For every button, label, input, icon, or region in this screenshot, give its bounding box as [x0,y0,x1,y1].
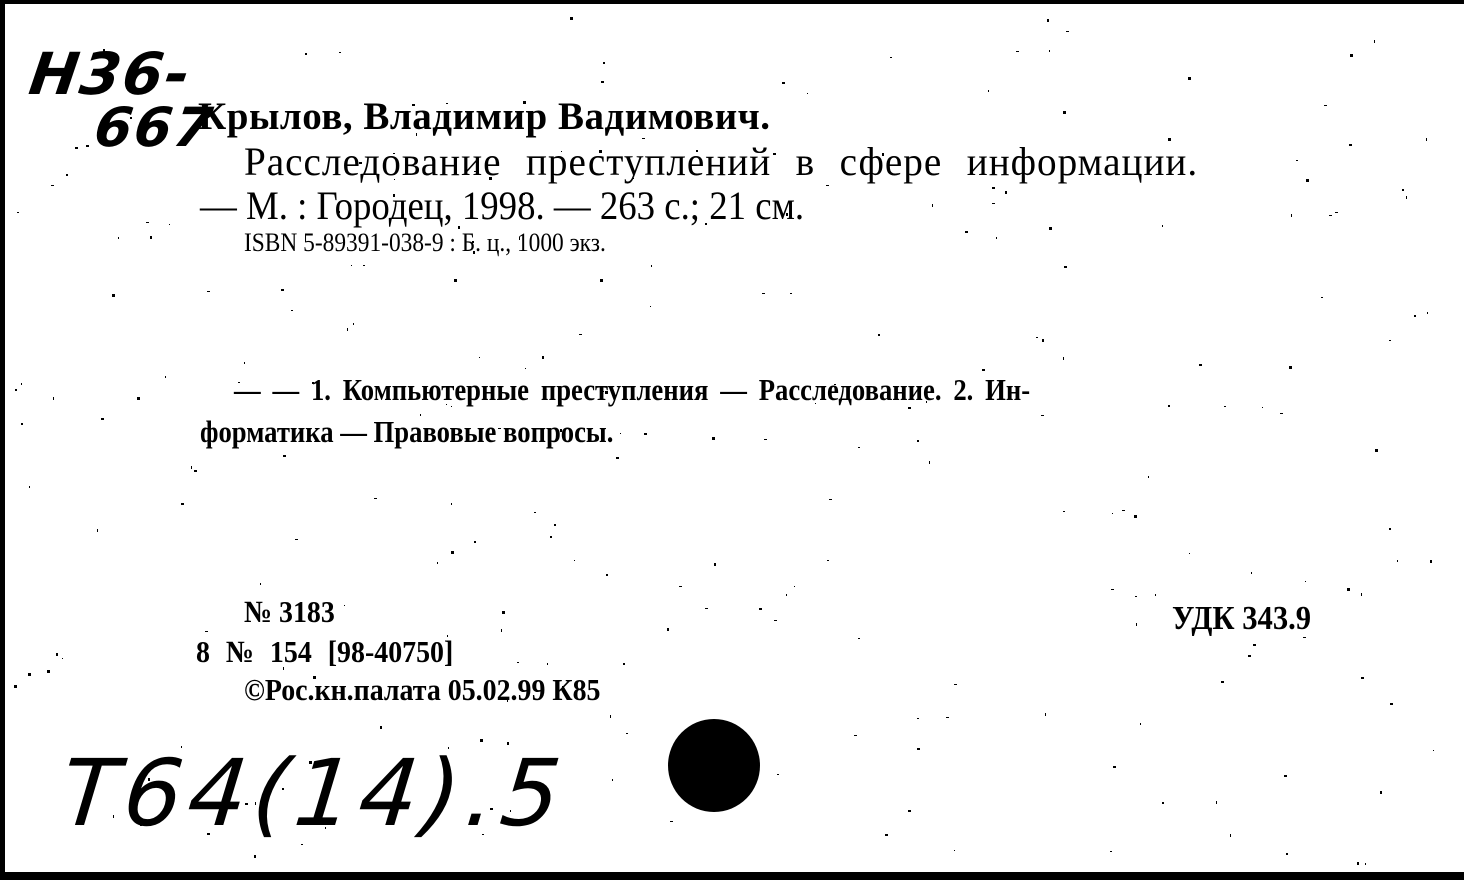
speck [1136,623,1137,626]
speck [14,685,17,688]
speck [610,715,611,718]
speck [305,53,307,55]
speck [1110,851,1112,852]
speck [560,429,562,432]
speck [782,82,785,84]
registry-number-secondary: 8 № 154 [98-40750] [196,634,453,670]
speck [522,193,525,195]
speck [474,171,476,172]
udk-code: УДК 343.9 [1172,600,1311,638]
speck [992,203,995,204]
speck [858,638,860,639]
speck [601,391,604,392]
speck [112,294,115,297]
registry-number: № 3183 [244,594,335,630]
speck [473,251,475,254]
speck [917,718,919,719]
speck [363,265,365,266]
speck [1389,340,1391,341]
speck [291,310,293,311]
subject-headings-line1: — — 1. Компьютерные преступления — Рассл… [234,372,1030,408]
speck [1251,572,1252,574]
speck [446,103,448,104]
speck [1357,862,1359,865]
speck [705,608,708,609]
copyright-line: ©Рос.кн.палата 05.02.99 К85 [244,672,601,708]
speck [696,150,698,152]
speck [917,440,919,442]
speck [670,821,673,822]
speck [103,49,105,52]
speck [510,810,511,812]
speck [965,231,968,233]
speck [374,498,377,499]
speck [946,717,949,718]
speck [561,151,562,152]
speck [66,174,68,176]
speck [929,461,930,464]
author-heading: Крылов, Владимир Вадимович. [198,94,771,139]
speck [394,179,395,180]
speck [1122,510,1125,511]
speck [926,401,927,403]
speck [1049,50,1050,52]
speck [97,529,98,532]
speck [1155,594,1156,596]
speck [489,177,492,180]
speck [295,539,298,540]
speck [281,289,284,291]
speck [1350,54,1353,57]
speck [353,323,354,325]
speck [1216,801,1217,804]
imprint-line: — М. : Городец, 1998. — 263 с.; 21 см. [200,182,804,229]
speck [29,486,30,488]
speck [705,223,707,225]
speck [651,265,652,267]
speck [207,833,210,835]
book-title: Расследование преступлений в сфере инфор… [244,138,1198,185]
catalog-card: Н36- 667 Крылов, Владимир Вадимович. Рас… [0,0,1464,880]
speck [1063,357,1064,360]
speck [1349,144,1352,146]
speck [1066,31,1069,32]
speck [753,126,754,128]
speck [794,586,795,587]
speck [393,153,395,154]
speck [283,455,286,457]
speck [858,447,860,448]
speck [451,551,454,554]
speck [908,407,911,409]
speck [562,686,564,687]
speck [62,658,63,659]
speck [1402,189,1404,191]
speck [1347,588,1350,591]
card-border-bottom [0,872,1464,880]
speck [908,810,911,812]
speck [620,433,621,434]
speck [130,117,132,119]
isbn-line: ISBN 5-89391-038-9 : Б. ц., 1000 экз. [244,228,606,258]
speck [448,747,449,749]
speck [416,133,417,136]
speck [474,541,476,543]
speck [1427,312,1428,314]
speck [490,808,493,810]
speck [472,241,474,243]
speck [446,404,447,405]
speck [1188,77,1191,80]
speck [282,788,284,790]
speck [181,746,182,748]
speck [759,608,762,610]
speck [238,382,240,383]
speck [786,594,787,596]
speck [1162,225,1163,227]
speck [479,357,480,358]
speck [101,418,104,420]
speck [205,631,208,632]
speck [882,153,884,156]
speck [1335,212,1338,213]
speck [570,17,573,20]
speck [996,237,997,239]
speck [1064,266,1067,268]
speck [534,512,536,513]
speck [21,383,22,385]
speck [517,662,519,663]
speck [656,121,659,124]
speck [603,62,605,64]
speck [1221,681,1224,683]
speck [1305,581,1306,582]
speck [599,150,602,153]
speck [1389,528,1391,530]
speck [1230,834,1231,837]
speck [764,439,767,440]
speck [137,397,140,400]
speck [632,178,634,179]
speck [339,211,340,213]
speck [347,328,348,331]
speck [954,684,957,685]
speck [498,428,501,429]
speck [601,81,604,83]
speck [988,90,989,92]
speck [612,779,613,781]
speck [207,291,210,292]
speck [762,293,765,294]
speck [15,389,17,391]
speck [542,356,544,359]
speck [1406,196,1407,199]
speck [169,224,170,225]
speck [412,104,415,106]
speck [1426,138,1427,141]
speck [885,834,888,836]
speck [309,761,312,764]
speck [1284,775,1287,777]
punch-hole-dot [668,719,760,812]
speck [714,563,716,566]
speck [21,423,23,425]
speck [339,52,341,53]
speck [1036,337,1038,338]
speck [1289,366,1292,369]
speck [56,653,58,656]
speck [1365,863,1366,865]
subject-headings-line2: форматика — Правовые вопросы. [200,414,613,450]
speck [826,185,829,186]
speck [890,57,892,58]
speck [1112,513,1113,514]
speck [312,382,314,384]
speck [47,670,50,673]
speck [574,560,575,561]
speck [359,162,362,164]
speck [878,334,880,336]
speck [815,403,816,404]
speck [626,733,628,734]
speck [113,815,114,818]
speck [1296,160,1298,161]
speck [1168,405,1170,407]
speck [523,101,526,104]
speck [507,742,509,745]
speck [1321,297,1323,298]
speck [1047,19,1049,22]
speck [992,187,995,189]
speck [932,204,933,207]
speck [283,667,284,670]
speck [313,676,316,679]
speck [140,790,141,792]
speck [550,536,552,538]
speck [650,306,651,307]
speck [409,655,411,656]
speck [525,368,526,369]
speck [451,406,452,407]
speck [451,503,452,505]
speck [790,293,792,294]
speck [1148,476,1149,478]
speck [507,700,508,702]
speck [458,226,460,229]
speck [502,611,505,614]
speck [148,778,150,781]
speck [28,673,31,676]
speck [679,586,682,587]
speck [547,663,548,665]
speck [1042,339,1044,342]
speck [1189,553,1190,554]
speck [1361,677,1364,679]
speck [1324,105,1327,106]
speck [351,265,352,266]
speck [380,726,382,729]
speck [1063,111,1066,114]
speck [1380,791,1382,794]
speck [86,145,89,147]
speck [53,397,54,400]
speck [1433,750,1434,751]
speck [1397,560,1398,562]
speck [579,334,582,335]
speck [623,663,625,665]
speck [712,437,715,440]
speck [605,391,608,394]
speck [260,583,261,585]
speck [1253,644,1256,646]
speck [254,855,256,858]
speck [480,739,483,742]
card-border-top [0,0,1464,4]
speck [1168,138,1171,141]
speck [642,138,645,139]
speck [1063,511,1065,512]
speck [447,635,448,637]
speck [1306,179,1309,182]
speck [1414,315,1416,317]
speck [165,376,166,378]
speck [150,236,152,239]
speck [191,466,192,469]
speck [244,362,245,364]
speck [420,414,421,416]
speck [301,844,303,845]
speck [917,748,920,750]
speck [554,524,556,526]
speck [1361,593,1362,596]
speck [616,457,619,459]
speck [1135,596,1137,597]
speck [774,620,777,621]
speck [1390,703,1393,705]
speck [829,499,832,500]
speck [1224,406,1226,407]
speck [366,697,367,700]
speck [51,185,54,186]
speck [1430,560,1432,563]
speck [834,384,836,385]
speck [437,562,438,564]
speck [1113,766,1116,768]
speck [1291,214,1292,217]
speck [146,117,147,119]
speck [181,503,184,505]
speck [344,605,345,606]
speck [1045,713,1046,716]
speck [1049,227,1052,230]
speck [1111,589,1114,590]
speck [1041,415,1044,416]
speck [118,237,119,239]
speck [454,279,457,282]
speck [1005,191,1007,194]
speck [954,850,955,851]
speck [1286,853,1288,855]
speck [1140,723,1141,725]
speck [75,147,78,149]
speck [379,783,380,785]
speck [1280,413,1283,414]
speck [667,628,669,631]
speck [827,560,829,561]
speck [140,824,142,826]
speck [606,574,608,576]
speck [727,780,728,781]
speck [194,470,197,472]
speck [1329,215,1332,216]
speck [807,93,808,94]
speck [393,194,395,197]
speck [982,369,985,371]
speck [1303,637,1306,638]
speck [1162,802,1164,804]
speck [777,774,779,775]
speck [1374,40,1375,43]
speck [1134,515,1137,518]
speck [644,433,647,435]
speck [17,212,19,213]
speck [1248,655,1251,657]
speck [1375,449,1378,452]
speck [600,279,603,282]
speck [325,827,326,829]
speck [773,153,776,155]
speck [786,213,788,216]
speck [255,802,256,805]
speck [501,629,502,632]
speck [482,834,484,835]
speck [1262,407,1263,408]
speck [146,222,149,223]
speck [1199,364,1202,366]
handwritten-classification: Т64(14).5 [56,740,571,847]
card-border-left [0,0,5,880]
speck [519,237,520,240]
speck [245,803,248,805]
speck [854,735,857,736]
speck [1016,51,1019,52]
